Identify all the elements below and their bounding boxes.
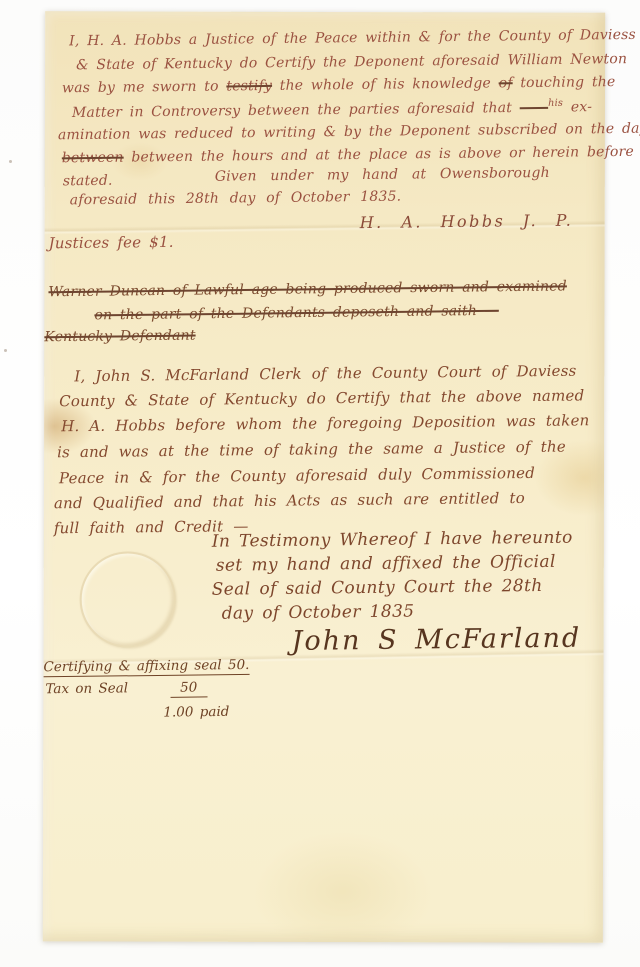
jp-cert-line: between between the hours and at the pla… [62, 144, 634, 166]
text-segment: ex- [563, 99, 592, 115]
embossed-seal-icon [80, 551, 176, 647]
jp-cert-line: was by me sworn to testify the whole of … [62, 74, 616, 96]
struck-passage-line: on the part of the Defendants deposeth a… [94, 303, 499, 324]
document-paper: I, H. A. Hobbs a Justice of the Peace wi… [43, 11, 605, 942]
clerk-cert-line: H. A. Hobbs before whom the foregoing De… [61, 411, 590, 435]
struck-word: of [499, 75, 513, 91]
justices-fee-note: Justices fee $1. [49, 233, 174, 252]
struck-passage-line: Kentucky Defendant [44, 328, 195, 346]
struck-word: testify [226, 78, 272, 95]
text-segment: between the hours and at the place as is… [124, 144, 635, 166]
clerk-cert-line: Peace in & for the County aforesaid duly… [59, 464, 535, 487]
testimony-line: In Testimony Whereof I have hereunto [212, 528, 573, 552]
clerk-cert-line: and Qualified and that his Acts as such … [54, 489, 525, 512]
fee-amount: 50 [170, 679, 207, 697]
dust-speck [4, 349, 7, 352]
fee-line-tax: Tax on Seal50 [45, 679, 207, 699]
interlined-word: his [548, 98, 563, 109]
clerk-cert-line: I, John S. McFarland Clerk of the County… [74, 362, 576, 386]
text-segment: Matter in Controversy between the partie… [72, 100, 520, 121]
clerk-cert-line: is and was at the time of taking the sam… [57, 438, 566, 462]
text-segment: was by me sworn to [62, 78, 227, 96]
scanner-background: I, H. A. Hobbs a Justice of the Peace wi… [0, 0, 640, 967]
attestation-line: Given under my hand at Owensborough [215, 165, 550, 185]
struck-scribble: —— [520, 100, 549, 116]
fee-label: Tax on Seal [45, 680, 128, 697]
date-line: aforesaid this 28th day of October 1835. [70, 189, 402, 209]
jp-cert-line: amination was reduced to writing & by th… [58, 121, 640, 144]
dust-speck [9, 160, 12, 163]
struck-passage-line: Warner Duncan of Lawful age being produc… [48, 278, 567, 300]
hobbs-signature: H. A. Hobbs J. P. [360, 211, 574, 232]
jp-cert-line: & State of Kentucky do Certify the Depon… [76, 51, 627, 73]
testimony-line: Seal of said County Court the 28th [212, 576, 543, 600]
jp-cert-line: I, H. A. Hobbs a Justice of the Peace wi… [69, 27, 636, 49]
mcfarland-signature: John S McFarland [291, 623, 581, 657]
jp-cert-line: Matter in Controversy between the partie… [72, 97, 592, 121]
jp-cert-line: stated. [63, 173, 113, 190]
fee-line-certifying: Certifying & affixing seal 50. [43, 657, 249, 677]
struck-word: between [62, 150, 124, 167]
fee-total: 1.00 paid [163, 704, 229, 721]
testimony-line: day of October 1835 [222, 602, 415, 624]
testimony-line: set my hand and affixed the Official [216, 552, 556, 576]
text-segment: touching the [513, 74, 616, 91]
text-segment: the whole of his knowledge [272, 75, 499, 94]
clerk-cert-line: County & State of Kentucky do Certify th… [59, 386, 584, 410]
